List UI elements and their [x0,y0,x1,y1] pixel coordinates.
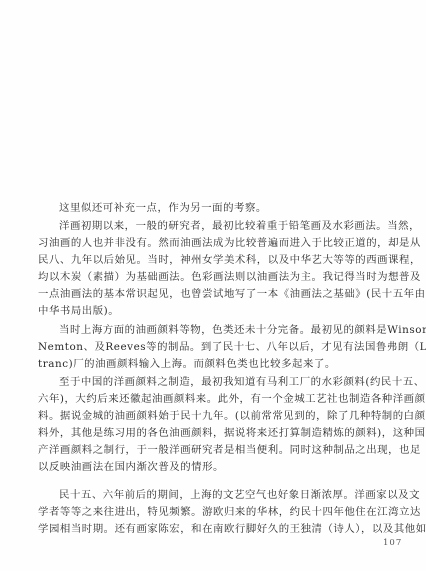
paragraph-2-line-2: 习油画的人也并非没有。然而油画法成为比较普遍而进入于比较正道的，却是从 [38,236,408,250]
book-page: 这里似还可补充一点，作为另一面的考察。 洋画初期以来，一般的研究者，最初比较着重… [0,0,426,571]
paragraph-5-line-2: 学者等等之来往进出，特见频繁。游欧归来的华林，约民十四年他住在江湾立达 [38,505,408,519]
page-number: 107 [383,538,402,548]
paragraph-4-line-1: 至于中国的洋画颜料之制造，最初我知道有马利工厂的水彩颜料(约民十五、 [59,375,408,389]
paragraph-4-line-3: 料。据说金城的油画颜料始于民十九年。(以前常常见到的，除了几种特制的白颜 [38,409,408,423]
paragraph-4-line-6: 以反映油画法在国内渐次普及的情形。 [38,460,408,474]
paragraph-5-line-1: 民十五、六年前后的期间，上海的文艺空气也好象日渐浓厚。洋画家以及文 [59,488,408,502]
paragraph-1-line-1: 这里似还可补充一点，作为另一面的考察。 [59,201,408,215]
paragraph-4-line-5: 产洋画颜料之制行，于一般洋画研究者是相当便利。同时这种制品之出现，也足 [38,443,408,457]
paragraph-2-line-3: 民八、九年以后始见。当时，神州女学美术科，以及中华艺大等等的西画课程， [38,253,408,267]
paragraph-5-line-3: 学园相当时期。还有画家陈宏，和在南欧行脚好久的王独清（诗人），以及其他如 [38,522,408,536]
paragraph-3-line-2: Nemton、及Reeves等的制品。到了民十七、八年以后，才见有法国鲁弗朗（L… [38,340,408,354]
paragraph-2-line-1: 洋画初期以来，一般的研究者，最初比较着重于铅笔画及水彩画法。当然， [59,219,408,233]
paragraph-3-line-3: tranc)厂的油画颜料输入上海。而颜料色类也比较多起来了。 [38,357,408,371]
paragraph-2-line-4: 均以木炭（素描）为基础画法。色彩画法则以油画法为主。我记得当时为想普及 [38,270,408,284]
paragraph-2-line-5: 一点油画法的基本常识起见，也曾尝试地写了一本《油画法之基础》(民十五年由 [38,287,408,301]
paragraph-3-line-1: 当时上海方面的油画颜料等物，色类还未十分完备。最初见的颜料是Winsor [59,323,408,337]
paragraph-4-line-2: 六年)，大约后来还徽起油画颜料来。此外，有一个金城工艺社也制造各种洋画颜 [38,392,408,406]
paragraph-2-line-6: 中华书局出版)。 [38,304,408,318]
paragraph-4-line-4: 料外，其他是练习用的各色油画颜料，据说将来还打算制造精炼的颜料)，这种国 [38,426,408,440]
